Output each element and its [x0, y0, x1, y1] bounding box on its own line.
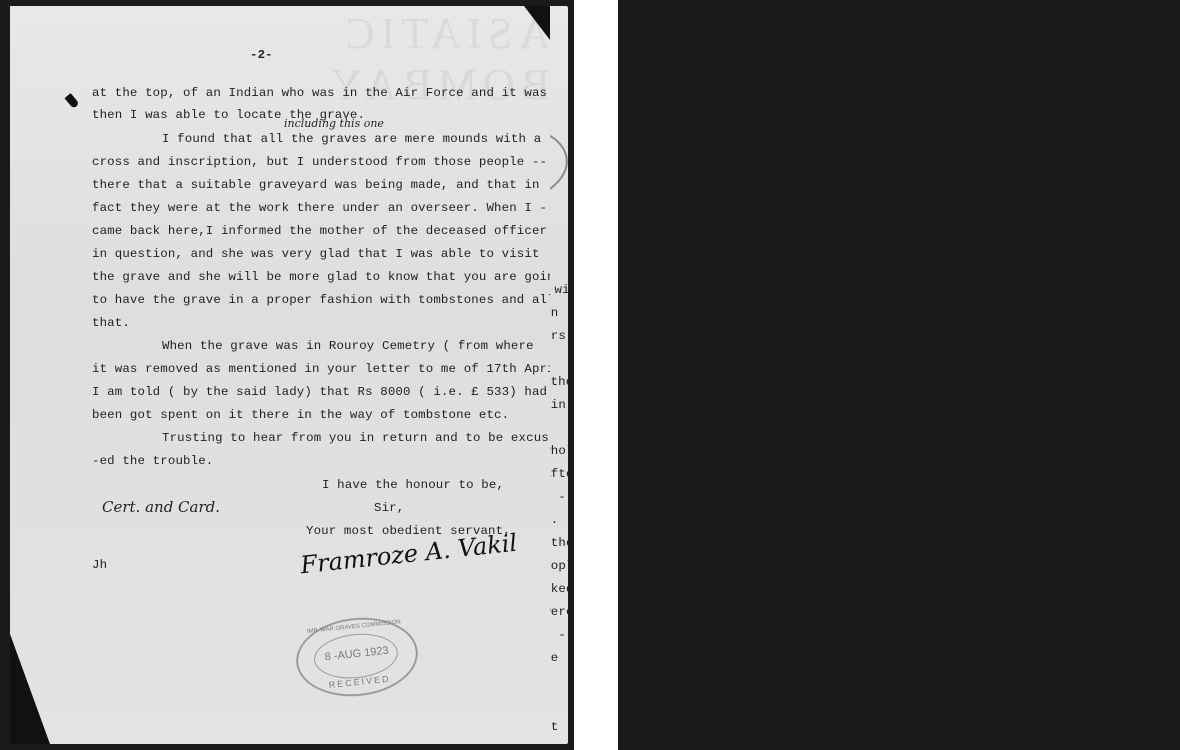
typist-initials: Jh	[92, 558, 107, 572]
body-line: in question, and she was very glad that …	[92, 247, 540, 261]
closing-salutation: Sir,	[374, 501, 404, 515]
page-2-frame	[618, 0, 1180, 750]
folded-corner	[524, 6, 550, 40]
body-line: cross and inscription, but I understood …	[92, 155, 547, 169]
body-line: to have the grave in a proper fashion wi…	[92, 293, 550, 307]
letter-page-2: ASIATIC BOMBAY -2- at the top, of an Ind…	[10, 6, 550, 744]
body-line: been got spent on it there in the way of…	[92, 408, 509, 422]
ink-blot	[64, 93, 79, 109]
body-line: I am told ( by the said lady) that Rs 80…	[92, 385, 547, 399]
body-line: came back here,I informed the mother of …	[92, 224, 547, 238]
body-line: fact they were at the work there under a…	[92, 201, 547, 215]
body-line: When the grave was in Rouroy Cemetry ( f…	[162, 339, 534, 353]
closing-line: I have the honour to be,	[322, 478, 504, 492]
body-line: at the top, of an Indian who was in the …	[92, 86, 547, 100]
received-stamp: IMP. WAR GRAVES COMMISSION 8 -AUG 1923 R…	[292, 612, 421, 702]
folded-corner	[10, 634, 50, 744]
body-line: Trusting to hear from you in return and …	[162, 431, 549, 445]
body-line: that.	[92, 316, 130, 330]
handwritten-margin-note: Cert. and Card.	[102, 498, 220, 516]
handwritten-insertion-including: including this one	[284, 117, 384, 130]
body-line: there that a suitable graveyard was bein…	[92, 178, 540, 192]
page-number: -2-	[250, 48, 273, 62]
body-line: the grave and she will be more glad to k…	[92, 270, 550, 284]
body-line: -ed the trouble.	[92, 454, 213, 468]
body-line: I found that all the graves are mere mou…	[162, 132, 541, 146]
body-line: it was removed as mentioned in your lett…	[92, 362, 550, 376]
